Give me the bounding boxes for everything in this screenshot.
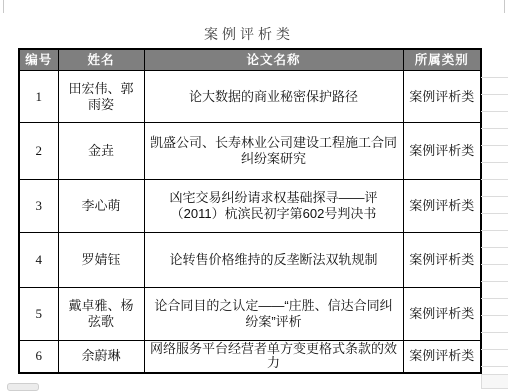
cell-category: 案例评析类	[403, 233, 481, 288]
cell-name: 戴卓雅、杨弦歌	[58, 288, 144, 341]
table-row: 6 余蔚琳 网络服务平台经营者单方变更格式条款的效力 案例评析类	[19, 341, 481, 373]
cell-paper: 凯盛公司、长寿林业公司建设工程施工合同纠纷案研究	[144, 123, 403, 180]
cell-name: 罗婧钰	[58, 233, 144, 288]
cell-category: 案例评析类	[403, 180, 481, 233]
cell-name: 金垚	[58, 123, 144, 180]
page-title: 案例评析类	[18, 24, 480, 44]
table-row: 1 田宏伟、郭雨姿 论大数据的商业秘密保护路径 案例评析类	[19, 71, 481, 123]
document-page: 案例评析类 编号 姓名 论文名称 所属类别 1 田宏伟、郭雨姿 论大数据的商业秘…	[0, 0, 508, 392]
cell-number: 1	[19, 71, 58, 123]
cell-paper: 论大数据的商业秘密保护路径	[144, 71, 403, 123]
cell-name: 李心萌	[58, 180, 144, 233]
table-row: 3 李心萌 凶宅交易纠纷请求权基础探寻——评（2011）杭滨民初字第602号判决…	[19, 180, 481, 233]
left-edge-artifact	[3, 0, 4, 13]
cell-paper: 网络服务平台经营者单方变更格式条款的效力	[144, 341, 403, 373]
bottom-right-artifact	[481, 374, 508, 389]
papers-table: 编号 姓名 论文名称 所属类别 1 田宏伟、郭雨姿 论大数据的商业秘密保护路径 …	[18, 48, 482, 374]
cell-paper: 凶宅交易纠纷请求权基础探寻——评（2011）杭滨民初字第602号判决书	[144, 180, 403, 233]
cell-number: 5	[19, 288, 58, 341]
spreadsheet-gridlines-artifact	[481, 61, 508, 390]
cell-name: 余蔚琳	[58, 341, 144, 373]
cell-category: 案例评析类	[403, 288, 481, 341]
bottom-left-artifact	[7, 383, 39, 391]
table-row: 5 戴卓雅、杨弦歌 论合同目的之认定——“庄胜、信达合同纠纷案”评析 案例评析类	[19, 288, 481, 341]
cell-category: 案例评析类	[403, 71, 481, 123]
cell-number: 3	[19, 180, 58, 233]
column-header-number: 编号	[19, 49, 58, 71]
cell-category: 案例评析类	[403, 123, 481, 180]
cell-number: 4	[19, 233, 58, 288]
table-row: 4 罗婧钰 论转售价格维持的反垄断法双轨规制 案例评析类	[19, 233, 481, 288]
cell-category: 案例评析类	[403, 341, 481, 373]
cell-name: 田宏伟、郭雨姿	[58, 71, 144, 123]
right-edge-artifact	[504, 0, 505, 13]
cell-paper: 论合同目的之认定——“庄胜、信达合同纠纷案”评析	[144, 288, 403, 341]
column-header-name: 姓名	[58, 49, 144, 71]
column-header-paper: 论文名称	[144, 49, 403, 71]
column-header-category: 所属类别	[403, 49, 481, 71]
cell-paper: 论转售价格维持的反垄断法双轨规制	[144, 233, 403, 288]
table-row: 2 金垚 凯盛公司、长寿林业公司建设工程施工合同纠纷案研究 案例评析类	[19, 123, 481, 180]
cell-number: 6	[19, 341, 58, 373]
cell-number: 2	[19, 123, 58, 180]
table-header-row: 编号 姓名 论文名称 所属类别	[19, 49, 481, 71]
